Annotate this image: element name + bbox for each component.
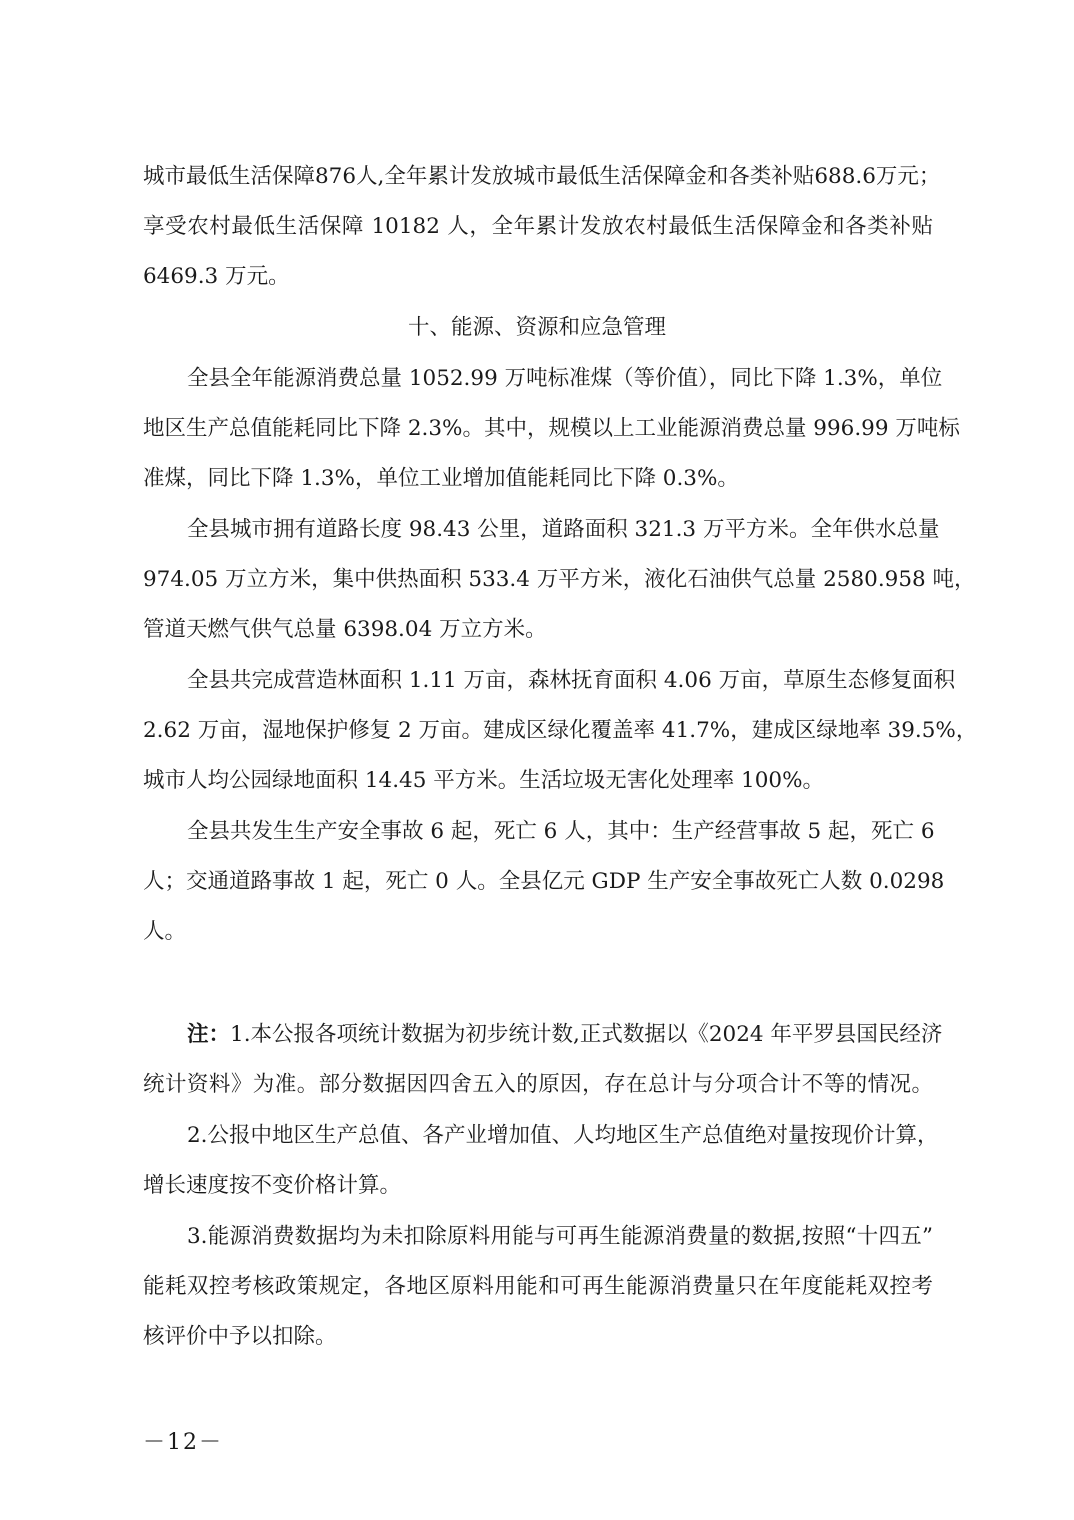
page-number: －12－ xyxy=(143,1428,223,1458)
paragraph-energy-line-3: 准煤，同比下降 1.3%，单位工业增加值能耗同比下降 0.3%。 xyxy=(143,462,933,496)
note-1-line-1: 注：1.本公报各项统计数据为初步统计数,正式数据以《2024 年平罗县国民经济 xyxy=(187,1018,933,1052)
paragraph-energy-line-2: 地区生产总值能耗同比下降 2.3%。其中，规模以上工业能源消费总量 996.99… xyxy=(143,412,933,446)
note-3-line-2: 能耗双控考核政策规定，各地区原料用能和可再生能源消费量只在年度能耗双控考 xyxy=(143,1270,933,1304)
paragraph-infrastructure-line-1: 全县城市拥有道路长度 98.43 公里，道路面积 321.3 万平方米。全年供水… xyxy=(187,513,933,547)
paragraph-safety-line-2: 人；交通道路事故 1 起，死亡 0 人。全县亿元 GDP 生产安全事故死亡人数 … xyxy=(143,865,933,899)
paragraph-greening-line-3: 城市人均公园绿地面积 14.45 平方米。生活垃圾无害化处理率 100%。 xyxy=(143,764,933,798)
paragraph-safety-line-1: 全县共发生生产安全事故 6 起，死亡 6 人，其中：生产经营事故 5 起，死亡 … xyxy=(187,815,933,849)
note-1-line-2: 统计资料》为准。部分数据因四舍五入的原因，存在总计与分项合计不等的情况。 xyxy=(143,1068,933,1102)
continuation-line-1: 城市最低生活保障876人,全年累计发放城市最低生活保障金和各类补贴688.6万元… xyxy=(143,160,933,194)
paragraph-infrastructure-line-3: 管道天燃气供气总量 6398.04 万立方米。 xyxy=(143,613,933,647)
continuation-line-2: 享受农村最低生活保障 10182 人，全年累计发放农村最低生活保障金和各类补贴 xyxy=(143,210,933,244)
paragraph-safety-line-3: 人。 xyxy=(143,915,933,949)
note-2-line-1: 2.公报中地区生产总值、各产业增加值、人均地区生产总值绝对量按现价计算， xyxy=(187,1119,933,1153)
section-heading: 十、能源、资源和应急管理 xyxy=(0,311,1074,345)
paragraph-infrastructure-line-2: 974.05 万立方米，集中供热面积 533.4 万平方米，液化石油供气总量 2… xyxy=(143,563,933,597)
note-1-text: 1.本公报各项统计数据为初步统计数,正式数据以《2024 年平罗县国民经济 xyxy=(230,1022,942,1047)
note-3-line-3: 核评价中予以扣除。 xyxy=(143,1320,933,1354)
paragraph-greening-line-1: 全县共完成营造林面积 1.11 万亩，森林抚育面积 4.06 万亩，草原生态修复… xyxy=(187,664,933,698)
paragraph-energy-line-1: 全县全年能源消费总量 1052.99 万吨标准煤（等价值），同比下降 1.3%，… xyxy=(187,362,933,396)
document-page: 城市最低生活保障876人,全年累计发放城市最低生活保障金和各类补贴688.6万元… xyxy=(0,0,1074,1520)
paragraph-greening-line-2: 2.62 万亩，湿地保护修复 2 万亩。建成区绿化覆盖率 41.7%，建成区绿地… xyxy=(143,714,933,748)
continuation-line-3: 6469.3 万元。 xyxy=(143,260,933,294)
note-2-line-2: 增长速度按不变价格计算。 xyxy=(143,1169,933,1203)
note-3-line-1: 3.能源消费数据均为未扣除原料用能与可再生能源消费量的数据,按照“十四五” xyxy=(187,1220,933,1254)
note-label: 注： xyxy=(187,1022,230,1047)
